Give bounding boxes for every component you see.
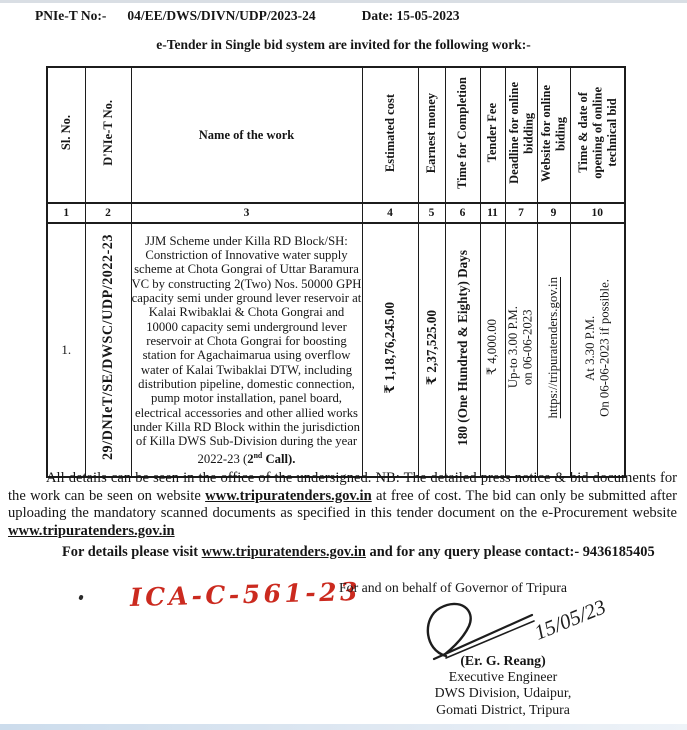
header-time-completion: Time for Completion — [445, 67, 480, 203]
header-work-name: Name of the work — [131, 67, 362, 203]
scan-edge-top — [0, 0, 687, 3]
table-header-row: Sl. No. D'NIe-T No. Name of the work Est… — [47, 67, 625, 203]
behalf-statement: For and on behalf of Governor of Tripura — [339, 580, 659, 596]
header-deadline: Deadline for online bidding — [505, 67, 537, 203]
col-num-2: 2 — [85, 203, 131, 223]
header-estimated-cost: Estimated cost — [362, 67, 418, 203]
cell-deadline: Up-to 3.00 P.M. on 06-06-2023 — [505, 223, 537, 477]
cell-dniet-no: 29/DNIeT/SE/DWSC/UDP/2022-23 — [85, 223, 131, 477]
header-dniet-no: D'NIe-T No. — [85, 67, 131, 203]
tender-notice-document: PNIe-T No:-04/EE/DWS/DIVN/UDP/2023-24Dat… — [0, 0, 687, 730]
scan-edge-bottom — [0, 724, 687, 730]
cell-opening: At 3.30 P.M. On 06-06-2023 if possible. — [570, 223, 625, 477]
signer-office-line2: Gomati District, Tripura — [398, 702, 608, 718]
cell-work-name: JJM Scheme under Killa RD Block/SH: Cons… — [131, 223, 362, 477]
col-num-9: 9 — [537, 203, 570, 223]
col-num-4: 4 — [362, 203, 418, 223]
cell-website-link: https://tripuratenders.gov.in — [537, 223, 570, 477]
handwritten-date: 15/05/23 — [531, 600, 609, 645]
cell-estimated-cost: ₹ 1,18,76,245.00 — [362, 223, 418, 477]
handwritten-red-reference: ICA-C-561-23 — [130, 577, 362, 612]
header-tender-fee: Tender Fee — [480, 67, 505, 203]
col-num-10: 10 — [570, 203, 625, 223]
signer-name: (Er. G. Reang) — [398, 653, 608, 669]
col-num-1: 1 — [47, 203, 85, 223]
cell-sl-no: 1. — [47, 223, 85, 477]
tender-website-url: www.tripuratenders.gov.in — [202, 544, 366, 560]
contact-line: For details please visit www.tripuratend… — [62, 544, 677, 561]
cell-earnest-money: ₹ 2,37,525.00 — [418, 223, 445, 477]
header-sl-no: Sl. No. — [47, 67, 85, 203]
tender-website-url: www.tripuratenders.gov.in — [8, 523, 175, 539]
tender-table: Sl. No. D'NIe-T No. Name of the work Est… — [46, 66, 626, 478]
col-num-8: 7 — [505, 203, 537, 223]
header-earnest-money: Earnest money — [418, 67, 445, 203]
notice-paragraph: All details can be seen in the office of… — [8, 470, 677, 540]
cell-time-completion: 180 (One Hundred & Eighty) Days — [445, 223, 480, 477]
ref-number: 04/EE/DWS/DIVN/UDP/2023-24 — [127, 8, 315, 23]
header-website: Website for online biding — [537, 67, 570, 203]
table-row: 1. 29/DNIeT/SE/DWSC/UDP/2022-23 JJM Sche… — [47, 223, 625, 477]
signature-loop — [428, 604, 471, 656]
cell-tender-fee: ₹ 4,000.00 — [480, 223, 505, 477]
page-title: e-Tender in Single bid system are invite… — [0, 37, 687, 53]
signer-office-line1: DWS Division, Udaipur, — [398, 685, 608, 701]
col-num-6: 6 — [445, 203, 480, 223]
document-reference-line: PNIe-T No:-04/EE/DWS/DIVN/UDP/2023-24Dat… — [35, 8, 665, 24]
col-num-3: 3 — [131, 203, 362, 223]
ink-dot-artifact — [78, 594, 83, 600]
col-num-7: 11 — [480, 203, 505, 223]
signer-designation: Executive Engineer — [398, 669, 608, 685]
column-number-row: 1 2 3 4 5 6 11 7 9 10 — [47, 203, 625, 223]
header-opening: Time & date of opening of online technic… — [570, 67, 625, 203]
document-date: Date: 15-05-2023 — [362, 8, 460, 23]
signature-block: (Er. G. Reang) Executive Engineer DWS Di… — [398, 653, 608, 718]
tender-website-url: www.tripuratenders.gov.in — [205, 488, 372, 504]
ref-label: PNIe-T No:- — [35, 8, 106, 23]
col-num-5: 5 — [418, 203, 445, 223]
